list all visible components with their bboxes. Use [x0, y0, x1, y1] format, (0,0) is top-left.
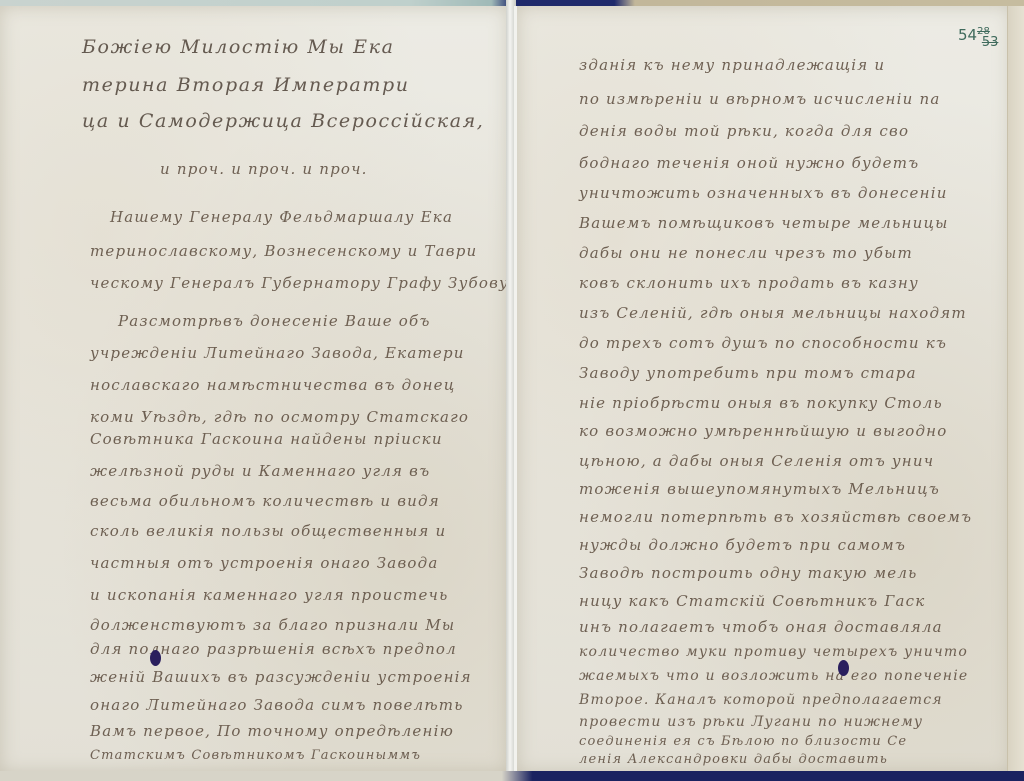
right-line-4: боднаго теченiя оной нужно будетъ — [579, 154, 919, 172]
right-line-7: дабы они не понесли чрезъ то убыт — [579, 244, 913, 262]
binding-bottom-edge — [0, 771, 1024, 781]
left-line-5: Нашему Генералу Фельдмаршалу Ека — [110, 208, 453, 226]
right-line-20: инъ полагаетъ чтобъ оная доставляла — [579, 618, 943, 636]
right-line-14: цѣною, а дабы оныя Селенiя отъ унич — [579, 452, 934, 470]
left-line-17: и ископанiя каменнаго угля проистечь — [90, 586, 448, 604]
right-line-12: нiе пріобрѣсти оныя въ покупку Столь — [579, 394, 943, 412]
left-line-1: Божiею Милостiю Мы Ека — [82, 36, 395, 58]
left-line-7: ческому Генералъ Губернатору Графу Зубов… — [90, 274, 509, 292]
left-page: Божiею Милостiю Мы Ека терина Вторая Имп… — [0, 6, 510, 773]
right-line-13: ко возможно умѣреннѣйшую и выгодно — [579, 422, 948, 440]
right-line-21: количество муки противу четырехъ уничто — [579, 644, 968, 660]
left-line-10: нославскаго намѣстничества въ донец — [90, 376, 455, 394]
left-line-18: долженствуютъ за благо признали Мы — [90, 616, 455, 634]
left-line-12: Совѣтника Гаскоина найдены прiиски — [90, 430, 443, 448]
left-line-3: ца и Самодержица Всероссiйская, — [82, 110, 484, 132]
left-line-13: желѣзной руды и Каменнаго угля въ — [90, 462, 430, 480]
left-line-20: женiй Вашихъ въ разсужденiи устроенiя — [90, 668, 472, 686]
right-line-9: изъ Селенiй, гдѣ оныя мельницы находят — [579, 304, 967, 322]
right-line-26: ленiя Александровки дабы доставить — [579, 752, 888, 767]
left-line-11: коми Уѣздѣ, гдѣ по осмотру Статскаго — [90, 408, 469, 426]
left-line-23: Статскимъ Совѣтникомъ Гаскоиныммъ — [90, 748, 421, 763]
folio-number: 542853 — [958, 26, 998, 44]
right-line-2: по измѣренiи и вѣрномъ исчисленiи па — [579, 90, 940, 108]
left-line-22: Вамъ первое, По точному опредѣленiю — [90, 722, 454, 740]
right-line-24: провести изъ рѣки Лугани по нижнему — [579, 714, 923, 730]
left-line-9: учрежденiи Литейнаго Завода, Екатери — [90, 344, 465, 362]
folio-crossed: 53 — [982, 35, 999, 50]
left-line-21: онаго Литейнаго Завода симъ повелѣть — [90, 696, 464, 714]
left-line-4: и проч. и проч. и проч. — [160, 160, 368, 178]
left-line-19: для полнаго разрѣшенiя всѣхъ предпол — [90, 640, 457, 658]
left-line-6: теринославскому, Вознесенскому и Таври — [90, 242, 477, 260]
right-line-11: Заводу употребить при томъ стара — [579, 364, 917, 382]
right-line-10: до трехъ сотъ душъ по способности къ — [579, 334, 947, 352]
left-line-15: сколь великiя пользы общественныя и — [90, 522, 446, 540]
left-line-8: Разсмотрѣвъ донесенiе Ваше объ — [118, 312, 431, 330]
right-line-3: денiя воды той рѣки, когда для сво — [579, 122, 909, 140]
left-line-16: частныя отъ устроенiя онаго Завода — [90, 554, 438, 572]
right-page: зданiя къ нему принадлежащiя и по измѣре… — [514, 6, 1011, 773]
folio-main: 54 — [958, 26, 977, 44]
right-line-15: тоженiя вышеупомянутыхъ Мельницъ — [579, 480, 940, 498]
right-line-1: зданiя къ нему принадлежащiя и — [579, 56, 885, 74]
right-line-5: уничтожить означенныхъ въ донесенiи — [579, 184, 948, 202]
right-line-23: Второе. Каналъ которой предполагается — [579, 692, 943, 708]
left-line-2: терина Вторая Императри — [82, 74, 410, 96]
right-line-6: Вашемъ помѣщиковъ четыре мельницы — [579, 214, 949, 232]
ink-blot-left — [150, 650, 161, 666]
right-line-19: ницу какъ Статскiй Совѣтникъ Гаск — [579, 592, 925, 610]
right-line-18: Заводѣ построить одну такую мель — [579, 564, 917, 582]
right-line-22: жаемыхъ что и возложить на его попеченiе — [579, 668, 968, 684]
ink-blot-right — [838, 660, 849, 676]
left-line-14: весьма обильномъ количествѣ и видя — [90, 492, 440, 510]
right-line-8: ковъ склонить ихъ продать въ казну — [579, 274, 919, 292]
right-line-25: соединенiя ея съ Бѣлою по близости Се — [579, 734, 907, 749]
next-page-edge — [1007, 6, 1024, 773]
manuscript-spread: Божiею Милостiю Мы Ека терина Вторая Имп… — [0, 0, 1024, 781]
right-line-16: немогли потерпѣть въ хозяйствѣ своемъ — [579, 508, 972, 526]
right-line-17: нужды должно будетъ при самомъ — [579, 536, 906, 554]
